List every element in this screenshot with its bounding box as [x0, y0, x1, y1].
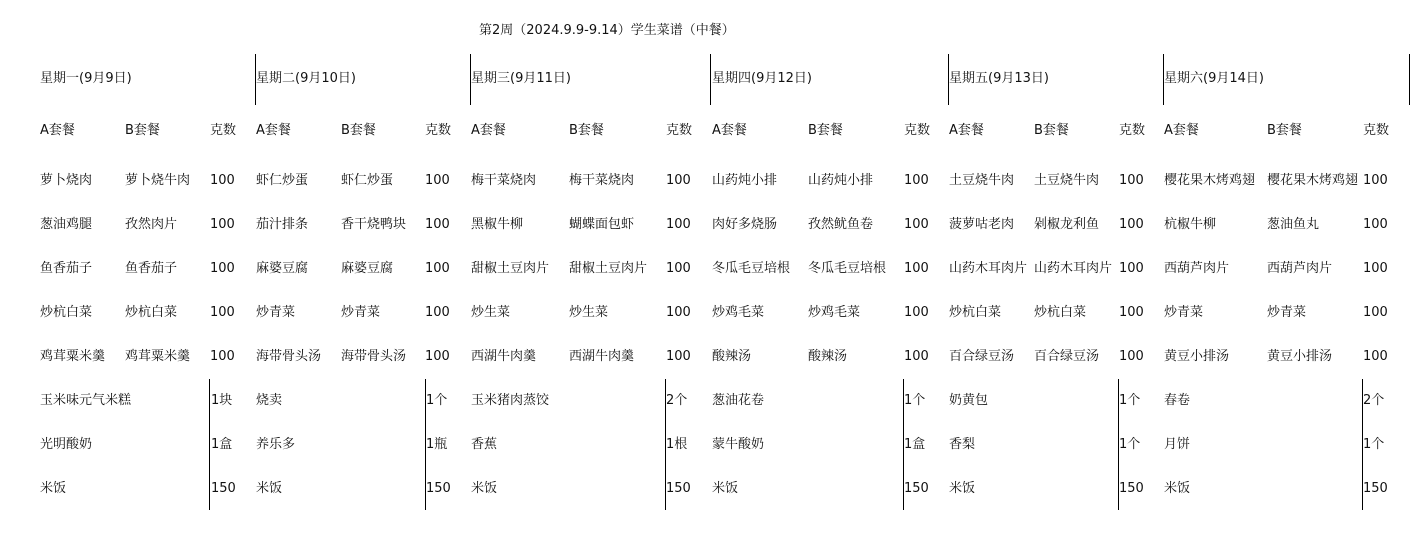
col-header-grams: 克数: [666, 123, 692, 139]
dish-grams: 100: [904, 173, 929, 189]
extra-qty: 1个: [426, 393, 447, 409]
extra-item: 香梨: [949, 437, 975, 453]
dish-b: 海带骨头汤: [341, 349, 406, 365]
dish-b: 鸡茸粟米羹: [125, 349, 190, 365]
dish-b: 冬瓜毛豆培根: [808, 261, 886, 277]
dish-a: 炒鸡毛菜: [712, 305, 764, 321]
dish-b: 西湖牛肉羹: [569, 349, 634, 365]
dish-grams: 100: [425, 217, 450, 233]
dish-b: 孜然鱿鱼卷: [808, 217, 873, 233]
col-header-grams: 克数: [210, 123, 236, 139]
dish-grams: 100: [210, 173, 235, 189]
dish-grams: 100: [1363, 349, 1388, 365]
col-header-a: A套餐: [40, 123, 75, 139]
extra-qty: 2个: [666, 393, 687, 409]
dish-b: 土豆烧牛肉: [1034, 173, 1099, 189]
extra-item: 蒙牛酸奶: [712, 437, 764, 453]
col-header-grams: 克数: [1119, 123, 1145, 139]
extra-item: 米饭: [712, 481, 738, 497]
dish-b: 酸辣汤: [808, 349, 847, 365]
dish-a: 樱花果木烤鸡翅: [1164, 173, 1255, 189]
dish-grams: 100: [210, 305, 235, 321]
extra-item: 葱油花卷: [712, 393, 764, 409]
dish-a: 鱼香茄子: [40, 261, 92, 277]
extra-item: 光明酸奶: [40, 437, 92, 453]
dish-a: 茄汁排条: [256, 217, 308, 233]
dish-grams: 100: [1363, 305, 1388, 321]
dish-b: 萝卜烧牛肉: [125, 173, 190, 189]
header-divider: [1409, 54, 1410, 105]
extra-qty: 1块: [211, 393, 232, 409]
dish-b: 葱油鱼丸: [1267, 217, 1319, 233]
dish-b: 麻婆豆腐: [341, 261, 393, 277]
dish-grams: 100: [1119, 173, 1144, 189]
dish-b: 鱼香茄子: [125, 261, 177, 277]
qty-divider: [209, 379, 210, 510]
dish-grams: 100: [425, 349, 450, 365]
col-header-grams: 克数: [425, 123, 451, 139]
extra-item: 米饭: [471, 481, 497, 497]
extra-item: 春卷: [1164, 393, 1190, 409]
dish-a: 冬瓜毛豆培根: [712, 261, 790, 277]
dish-grams: 100: [904, 349, 929, 365]
dish-a: 炒青菜: [256, 305, 295, 321]
extra-qty: 1个: [1119, 437, 1140, 453]
dish-a: 山药炖小排: [712, 173, 777, 189]
dish-grams: 100: [666, 261, 691, 277]
dish-a: 西湖牛肉羹: [471, 349, 536, 365]
col-header-grams: 克数: [1363, 123, 1389, 139]
dish-grams: 100: [210, 261, 235, 277]
dish-a: 海带骨头汤: [256, 349, 321, 365]
dish-a: 麻婆豆腐: [256, 261, 308, 277]
extra-qty: 150: [666, 481, 691, 497]
qty-divider: [1362, 379, 1363, 510]
extra-qty: 1个: [1363, 437, 1384, 453]
dish-grams: 100: [210, 349, 235, 365]
extra-item: 烧卖: [256, 393, 282, 409]
dish-grams: 100: [425, 261, 450, 277]
dish-grams: 100: [904, 305, 929, 321]
dish-grams: 100: [1363, 261, 1388, 277]
dish-a: 鸡茸粟米羹: [40, 349, 105, 365]
dish-grams: 100: [1363, 217, 1388, 233]
dish-b: 孜然肉片: [125, 217, 177, 233]
extra-item: 玉米味元气米糕: [40, 393, 131, 409]
col-header-a: A套餐: [256, 123, 291, 139]
dish-a: 土豆烧牛肉: [949, 173, 1014, 189]
header-divider: [710, 54, 711, 105]
col-header-b: B套餐: [1267, 123, 1302, 139]
extra-qty: 150: [426, 481, 451, 497]
dish-b: 炒青菜: [1267, 305, 1306, 321]
dish-b: 香干烧鸭块: [341, 217, 406, 233]
col-header-b: B套餐: [125, 123, 160, 139]
dish-grams: 100: [666, 217, 691, 233]
dish-grams: 100: [904, 217, 929, 233]
dish-a: 梅干菜烧肉: [471, 173, 536, 189]
dish-a: 虾仁炒蛋: [256, 173, 308, 189]
dish-a: 山药木耳肉片: [949, 261, 1027, 277]
dish-b: 虾仁炒蛋: [341, 173, 393, 189]
extra-item: 香蕉: [471, 437, 497, 453]
extra-qty: 1瓶: [426, 437, 447, 453]
qty-divider: [425, 379, 426, 510]
dish-grams: 100: [666, 305, 691, 321]
dish-grams: 100: [210, 217, 235, 233]
dish-a: 甜椒土豆肉片: [471, 261, 549, 277]
dish-grams: 100: [1119, 261, 1144, 277]
extra-qty: 150: [211, 481, 236, 497]
header-divider: [470, 54, 471, 105]
dish-grams: 100: [1119, 349, 1144, 365]
dish-a: 黑椒牛柳: [471, 217, 523, 233]
dish-grams: 100: [1363, 173, 1388, 189]
extra-item: 养乐多: [256, 437, 295, 453]
dish-a: 炒青菜: [1164, 305, 1203, 321]
dish-b: 山药木耳肉片: [1034, 261, 1112, 277]
day-header: 星期二(9月10日): [256, 71, 356, 87]
col-header-b: B套餐: [808, 123, 843, 139]
dish-b: 黄豆小排汤: [1267, 349, 1332, 365]
extra-qty: 150: [1363, 481, 1388, 497]
extra-qty: 1盒: [211, 437, 232, 453]
dish-grams: 100: [666, 173, 691, 189]
day-header: 星期三(9月11日): [471, 71, 571, 87]
dish-a: 菠萝咕老肉: [949, 217, 1014, 233]
dish-a: 杭椒牛柳: [1164, 217, 1216, 233]
dish-a: 葱油鸡腿: [40, 217, 92, 233]
dish-a: 萝卜烧肉: [40, 173, 92, 189]
dish-grams: 100: [904, 261, 929, 277]
qty-divider: [665, 379, 666, 510]
col-header-a: A套餐: [471, 123, 506, 139]
day-header: 星期四(9月12日): [712, 71, 812, 87]
col-header-b: B套餐: [1034, 123, 1069, 139]
dish-b: 炒杭白菜: [125, 305, 177, 321]
qty-divider: [903, 379, 904, 510]
extra-item: 玉米猪肉蒸饺: [471, 393, 549, 409]
header-divider: [1163, 54, 1164, 105]
col-header-a: A套餐: [1164, 123, 1199, 139]
extra-qty: 150: [904, 481, 929, 497]
dish-b: 西葫芦肉片: [1267, 261, 1332, 277]
dish-b: 炒鸡毛菜: [808, 305, 860, 321]
dish-a: 百合绿豆汤: [949, 349, 1014, 365]
col-header-grams: 克数: [904, 123, 930, 139]
dish-a: 黄豆小排汤: [1164, 349, 1229, 365]
extra-qty: 150: [1119, 481, 1144, 497]
dish-grams: 100: [425, 305, 450, 321]
col-header-a: A套餐: [949, 123, 984, 139]
dish-grams: 100: [425, 173, 450, 189]
dish-b: 山药炖小排: [808, 173, 873, 189]
dish-b: 炒生菜: [569, 305, 608, 321]
dish-b: 剁椒龙利鱼: [1034, 217, 1099, 233]
dish-a: 炒生菜: [471, 305, 510, 321]
dish-a: 肉好多烧肠: [712, 217, 777, 233]
extra-qty: 1个: [904, 393, 925, 409]
extra-qty: 2个: [1363, 393, 1384, 409]
col-header-b: B套餐: [341, 123, 376, 139]
day-header: 星期五(9月13日): [949, 71, 1049, 87]
extra-item: 米饭: [256, 481, 282, 497]
extra-qty: 1盒: [904, 437, 925, 453]
day-header: 星期一(9月9日): [40, 71, 132, 87]
dish-b: 梅干菜烧肉: [569, 173, 634, 189]
extra-qty: 1个: [1119, 393, 1140, 409]
dish-b: 百合绿豆汤: [1034, 349, 1099, 365]
dish-grams: 100: [1119, 217, 1144, 233]
dish-b: 炒青菜: [341, 305, 380, 321]
extra-qty: 1根: [666, 437, 687, 453]
extra-item: 米饭: [40, 481, 66, 497]
dish-a: 西葫芦肉片: [1164, 261, 1229, 277]
col-header-a: A套餐: [712, 123, 747, 139]
extra-item: 月饼: [1164, 437, 1190, 453]
extra-item: 奶黄包: [949, 393, 988, 409]
dish-a: 炒杭白菜: [40, 305, 92, 321]
page-title: 第2周（2024.9.9-9.14）学生菜谱（中餐）: [479, 19, 735, 38]
header-divider: [255, 54, 256, 105]
dish-b: 甜椒土豆肉片: [569, 261, 647, 277]
dish-b: 炒杭白菜: [1034, 305, 1086, 321]
qty-divider: [1118, 379, 1119, 510]
col-header-b: B套餐: [569, 123, 604, 139]
extra-item: 米饭: [949, 481, 975, 497]
dish-b: 樱花果木烤鸡翅: [1267, 173, 1358, 189]
extra-item: 米饭: [1164, 481, 1190, 497]
dish-grams: 100: [1119, 305, 1144, 321]
dish-a: 炒杭白菜: [949, 305, 1001, 321]
dish-grams: 100: [666, 349, 691, 365]
dish-b: 蝴蝶面包虾: [569, 217, 634, 233]
dish-a: 酸辣汤: [712, 349, 751, 365]
day-header: 星期六(9月14日): [1164, 71, 1264, 87]
header-divider: [948, 54, 949, 105]
